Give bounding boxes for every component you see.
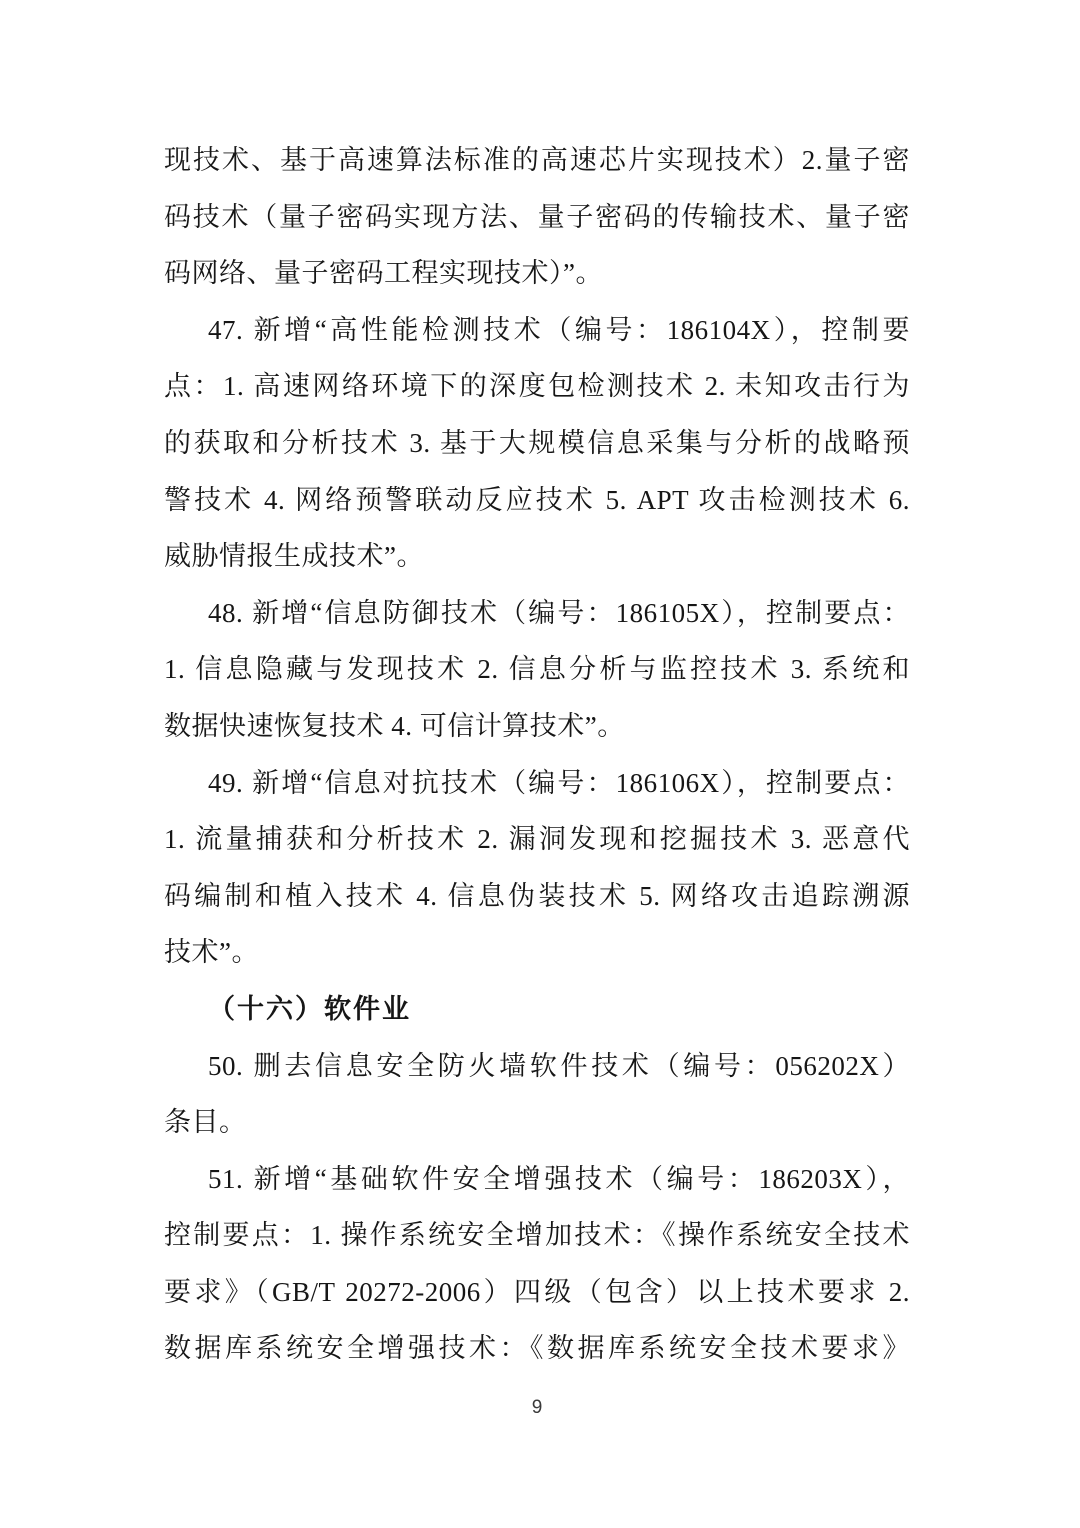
text-line: 51. 新增“基础软件安全增强技术（编号：186203X）， (164, 1151, 910, 1208)
text-line: 威胁情报生成技术”。 (164, 528, 910, 585)
text-line: 数据快速恢复技术 4. 可信计算技术”。 (164, 698, 910, 755)
text-line: 码网络、量子密码工程实现技术）”。 (164, 245, 910, 302)
text-line: 49. 新增“信息对抗技术（编号：186106X），控制要点： (164, 755, 910, 812)
text-line: 码技术（量子密码实现方法、量子密码的传输技术、量子密 (164, 189, 910, 246)
text-line: 1. 信息隐藏与发现技术 2. 信息分析与监控技术 3. 系统和 (164, 641, 910, 698)
page-number: 9 (164, 1394, 910, 1422)
text-line: 现技术、基于高速算法标准的高速芯片实现技术）2.量子密 (164, 132, 910, 189)
text-line: 控制要点：1. 操作系统安全增加技术：《操作系统安全技术 (164, 1207, 910, 1264)
text-line: 点：1. 高速网络环境下的深度包检测技术 2. 未知攻击行为 (164, 358, 910, 415)
text-line: 1. 流量捕获和分析技术 2. 漏洞发现和挖掘技术 3. 恶意代 (164, 811, 910, 868)
text-line: 50. 删去信息安全防火墙软件技术（编号：056202X） (164, 1038, 910, 1095)
text-line: 数据库系统安全增强技术：《数据库系统安全技术要求》 (164, 1320, 910, 1377)
section-heading: （十六）软件业 (164, 981, 910, 1038)
document-body: 现技术、基于高速算法标准的高速芯片实现技术）2.量子密码技术（量子密码实现方法、… (164, 132, 910, 1377)
text-line: 要求》（GB/T 20272-2006）四级（包含）以上技术要求 2. (164, 1264, 910, 1321)
text-line: 警技术 4. 网络预警联动反应技术 5. APT 攻击检测技术 6. (164, 472, 910, 529)
text-line: 条目。 (164, 1094, 910, 1151)
document-page: 现技术、基于高速算法标准的高速芯片实现技术）2.量子密码技术（量子密码实现方法、… (0, 0, 1080, 1528)
text-line: 技术”。 (164, 924, 910, 981)
text-line: 47. 新增“高性能检测技术（编号：186104X），控制要 (164, 302, 910, 359)
text-line: 码编制和植入技术 4. 信息伪装技术 5. 网络攻击追踪溯源 (164, 868, 910, 925)
text-line: 48. 新增“信息防御技术（编号：186105X），控制要点： (164, 585, 910, 642)
text-line: 的获取和分析技术 3. 基于大规模信息采集与分析的战略预 (164, 415, 910, 472)
